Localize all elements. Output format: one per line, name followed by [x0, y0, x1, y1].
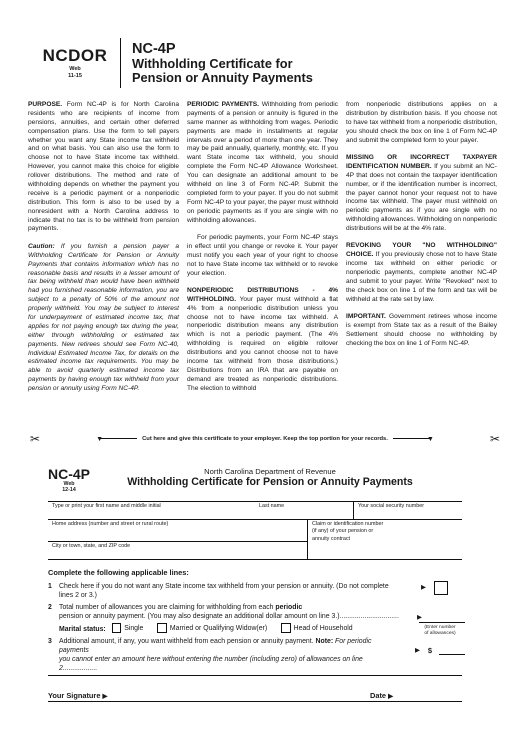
address-column: Home address (number and street or rural…: [48, 520, 307, 559]
marital-status-row: Marital status: SingleMarried or Qualify…: [59, 623, 400, 636]
down-arrow-icon: ▼: [96, 436, 103, 443]
line-3-dots: ..................: [63, 665, 97, 672]
scissors-icon: ✂: [30, 433, 40, 445]
line-3-number: 3: [48, 637, 59, 673]
instructions-column-3: from nonperiodic distributions applies o…: [346, 101, 497, 423]
ncdor-logo-text: NCDOR: [36, 46, 114, 66]
certificate-title: Withholding Certificate for Pension or A…: [78, 476, 462, 489]
date-label-group: Date ▶: [370, 691, 393, 700]
name-row: Type or print your first name and middle…: [48, 501, 462, 520]
dollar-sign: $: [428, 646, 432, 656]
first-name-label: Type or print your first name and middle…: [48, 502, 255, 509]
signature-label: Your Signature: [48, 691, 100, 700]
marital-option-label: Single: [124, 624, 143, 633]
marital-status-label: Marital status:: [59, 625, 106, 634]
certificate-revision: 12-14: [48, 487, 90, 493]
home-address-field[interactable]: Home address (number and street or rural…: [48, 520, 307, 542]
ssn-label: Your social security number: [354, 502, 462, 509]
instruction-paragraph: from nonperiodic distributions applies o…: [346, 101, 497, 145]
instructions-column-2: PERIODIC PAYMENTS. Withholding from peri…: [187, 101, 338, 423]
instruction-paragraph: PURPOSE. Form NC-4P is for North Carolin…: [28, 101, 179, 234]
date-label: Date: [370, 691, 386, 700]
no-withholding-checkbox[interactable]: [434, 581, 448, 595]
scissors-icon: ✂: [490, 433, 500, 445]
city-state-zip-label: City or town, state, and ZIP code: [48, 542, 307, 549]
instruction-paragraph: PERIODIC PAYMENTS. Withholding from peri…: [187, 101, 338, 225]
marital-option-label: Married or Qualifying Widow(er): [170, 624, 267, 633]
line-2-text: Total number of allowances you are claim…: [59, 603, 462, 636]
marital-option: Married or Qualifying Widow(er): [157, 623, 267, 633]
certificate-form-number-block: NC-4P Web 12-14: [48, 467, 90, 493]
agency-name: North Carolina Department of Revenue: [78, 467, 462, 476]
enter-note-line1: (Enter number: [424, 625, 455, 630]
down-arrow-icon: ▼: [427, 436, 434, 443]
header-divider: [120, 38, 121, 88]
instructions-column-1: PURPOSE. Form NC-4P is for North Carolin…: [28, 101, 179, 423]
first-name-field[interactable]: Type or print your first name and middle…: [48, 502, 255, 519]
marital-checkbox[interactable]: [112, 623, 122, 633]
signature-arrow-icon: ▶: [103, 693, 108, 700]
claim-label-line2: (if any) of your pension or: [312, 528, 458, 535]
claim-number-field[interactable]: Claim or identification number (if any) …: [307, 520, 462, 559]
allowances-entry-line[interactable]: [419, 622, 465, 623]
certificate-form: NC-4P Web 12-14 North Carolina Departmen…: [48, 467, 462, 702]
last-name-field[interactable]: Last name: [255, 502, 353, 519]
line-2-text-a: Total number of allowances you are claim…: [59, 604, 275, 611]
line-2-text-bold: periodic: [275, 604, 302, 611]
home-address-label: Home address (number and street or rural…: [48, 520, 307, 527]
cut-line-middle: ▼ Cut here and give this certificate to …: [40, 432, 490, 446]
signature-label-group: Your Signature ▶: [48, 691, 108, 700]
address-row: Home address (number and street or rural…: [48, 520, 462, 560]
claim-label-line3: annuity contract: [312, 536, 458, 543]
line-2-dots: ...............................: [340, 613, 399, 620]
instruction-paragraph: For periodic payments, your Form NC-4P s…: [187, 234, 338, 278]
instruction-paragraph: Caution: If you furnish a pension payer …: [28, 243, 179, 394]
marital-option-label: Head of Household: [294, 624, 353, 633]
marital-checkbox[interactable]: [157, 623, 167, 633]
cut-line-left-rule: ▼: [99, 438, 137, 446]
line-2: 2 Total number of allowances you are cla…: [48, 603, 462, 636]
line-3-text: Additional amount, if any, you want with…: [59, 637, 462, 673]
line-2-number: 2: [48, 603, 59, 636]
claim-label-line1: Claim or identification number: [312, 521, 458, 528]
form-title-line2: Pension or Annuity Payments: [132, 71, 313, 85]
line-1-text: Check here if you do not want any State …: [59, 582, 462, 600]
certificate-form-number: NC-4P: [48, 467, 90, 481]
top-header: NCDOR Web 11-15 NC-4P Withholding Certif…: [36, 38, 530, 88]
line-2-text-b: pension or annuity payment. (You may als…: [59, 613, 340, 620]
ncdor-logo: NCDOR Web 11-15: [36, 46, 114, 79]
last-name-label: Last name: [255, 502, 353, 509]
form-title-line1: Withholding Certificate for: [132, 57, 313, 71]
cut-line-right-rule: ▼: [393, 438, 431, 446]
logo-web-label: Web: [36, 66, 114, 73]
logo-revision: 11-15: [36, 73, 114, 80]
signature-row[interactable]: Your Signature ▶ Date ▶: [48, 688, 462, 702]
city-state-zip-field[interactable]: City or town, state, and ZIP code: [48, 542, 307, 559]
cut-line: ✂ ▼ Cut here and give this certificate t…: [30, 431, 500, 447]
certificate-titles: North Carolina Department of Revenue Wit…: [48, 467, 462, 489]
line-1-arrow-icon: ▶: [421, 584, 426, 593]
header-title-block: NC-4P Withholding Certificate for Pensio…: [132, 41, 313, 86]
enter-note-line2: of allowances): [424, 631, 455, 636]
line-3-text-a: Additional amount, if any, you want with…: [59, 638, 316, 645]
instruction-paragraph: NONPERIODIC DISTRIBUTIONS - 4% WITHHOLDI…: [187, 287, 338, 394]
nc4p-form-page: NCDOR Web 11-15 NC-4P Withholding Certif…: [0, 0, 530, 749]
marital-options: SingleMarried or Qualifying Widow(er)Hea…: [112, 623, 367, 636]
line-3-note-lead: Note:: [316, 638, 334, 645]
amount-entry-line[interactable]: [439, 654, 465, 655]
instruction-paragraph: IMPORTANT. Government retirees whose inc…: [346, 313, 497, 349]
marital-option: Single: [112, 623, 144, 633]
instructions: PURPOSE. Form NC-4P is for North Carolin…: [28, 101, 502, 423]
certificate-header: NC-4P Web 12-14 North Carolina Departmen…: [48, 467, 462, 501]
line-3-arrow-icon: ▶: [415, 647, 420, 656]
marital-checkbox[interactable]: [281, 623, 291, 633]
ssn-field[interactable]: Your social security number: [353, 502, 462, 519]
section-heading: Complete the following applicable lines:: [48, 568, 462, 577]
line-1: 1 Check here if you do not want any Stat…: [48, 582, 462, 600]
instruction-paragraph: REVOKING YOUR "NO WITHHOLDING" CHOICE. I…: [346, 242, 497, 304]
enter-number-note: (Enter number of allowances): [414, 625, 466, 637]
line-3: 3 Additional amount, if any, you want wi…: [48, 637, 462, 673]
cut-line-text: Cut here and give this certificate to yo…: [142, 436, 388, 442]
form-number: NC-4P: [132, 41, 313, 57]
date-arrow-icon: ▶: [388, 693, 393, 700]
lines-bottom-rule: [48, 675, 462, 676]
line-1-number: 1: [48, 582, 59, 600]
line-3-text-b: you cannot enter an amount here without …: [59, 656, 363, 672]
marital-option: Head of Household: [281, 623, 353, 633]
instruction-paragraph: MISSING OR INCORRECT TAXPAYER IDENTIFICA…: [346, 154, 497, 234]
